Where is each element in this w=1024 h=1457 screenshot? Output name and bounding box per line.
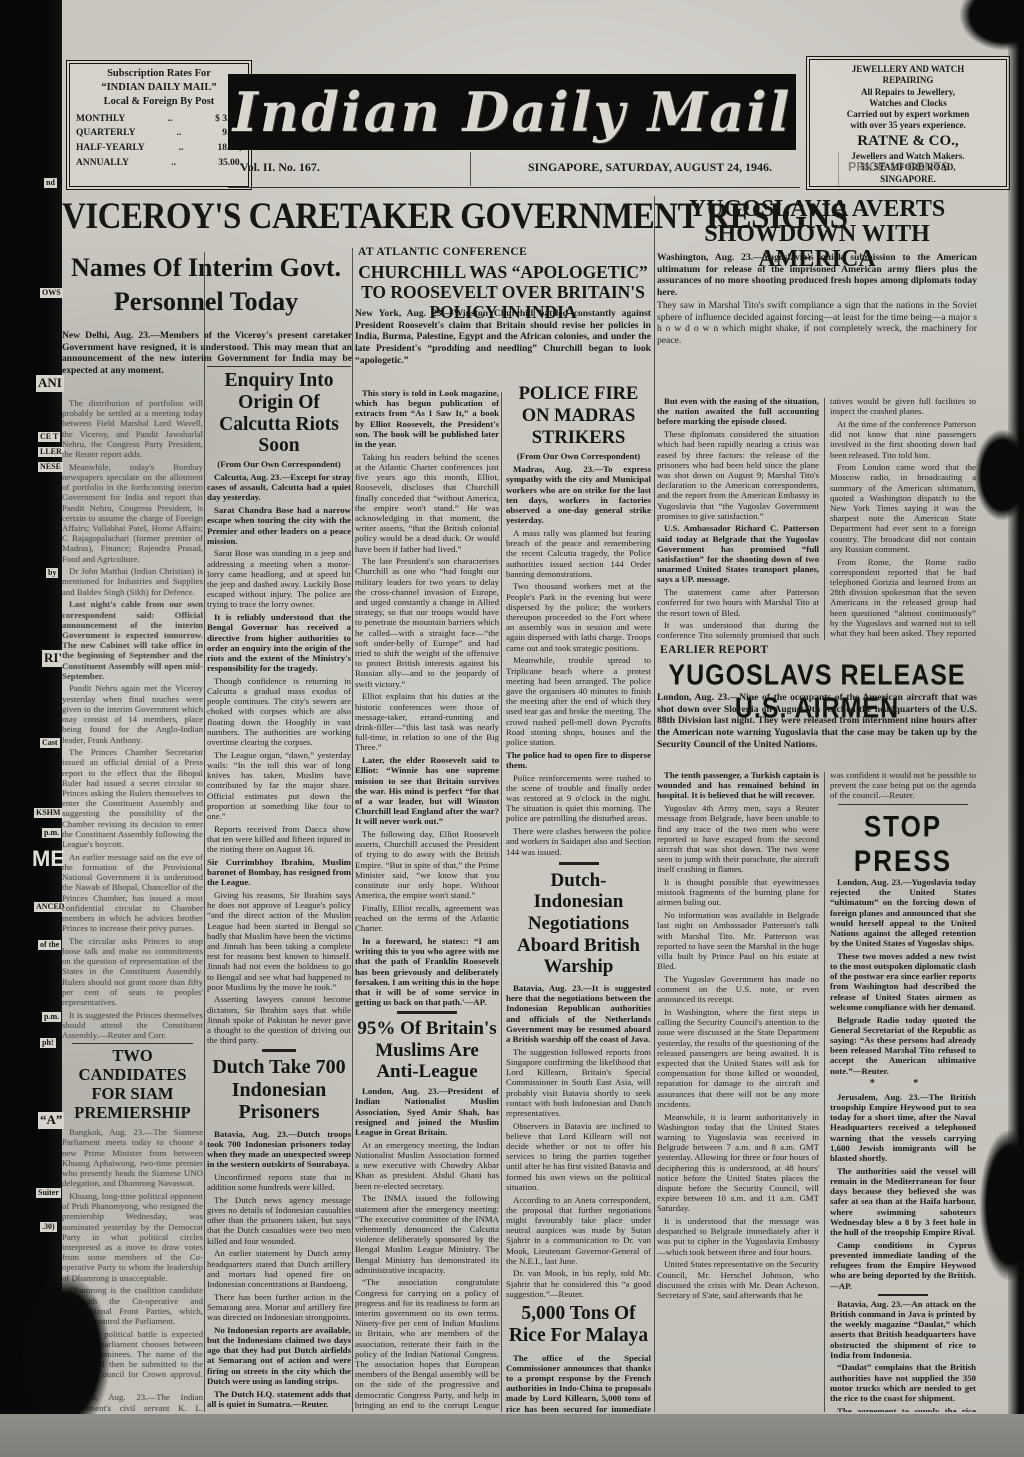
para: Giving his reasons, Sir Ibrahim says he … [207, 890, 351, 992]
para: The Dutch H.Q. statement adds that all i… [207, 1389, 351, 1409]
interim-headline-line2: Personnel Today [62, 288, 350, 315]
nameplate-title: Indian Daily Mail [233, 80, 792, 144]
rate-dots: .. [176, 126, 181, 141]
para: No information was available in Belgrade… [657, 910, 819, 971]
article-dash [559, 862, 599, 865]
edge-fragment: CE T [38, 432, 60, 442]
para: Belgrade Radio today quoted the General … [830, 1015, 976, 1076]
para: Dr. van Mook, in his reply, told Mr. Sja… [506, 1268, 651, 1299]
para: According to an Aneta correspondent, the… [506, 1195, 651, 1266]
star-separator: * * [830, 1078, 976, 1090]
para: The INMA issued the following statement … [355, 1193, 499, 1275]
ad-line: REPAIRING [816, 75, 1000, 86]
para: In Washington, where the first steps in … [657, 1007, 819, 1109]
ad-line: with over 35 years experience. [816, 120, 1000, 131]
para: Khuang, long-time political opponent of … [62, 1191, 203, 1283]
edge-fragment: p.m. [42, 828, 61, 838]
para: Asserting lawyers cannot become dictator… [207, 994, 351, 1045]
edge-fragment: of the [38, 940, 61, 950]
yugoslavia-right-column: tatives would be given full facilities t… [830, 396, 976, 640]
column-rule [824, 772, 825, 1412]
para: The Yugoslav Government has made no comm… [657, 974, 819, 1005]
main-headline: VICEROY'S CARETAKER GOVERNMENT RESIGNS [62, 198, 652, 237]
para: Reports received from Dacca show that te… [207, 824, 351, 855]
edge-fragment: KSHM [34, 808, 62, 818]
ad-line: JEWELLERY AND WATCH [816, 64, 1000, 75]
enquiry-and-dutch700-column: Enquiry Into Origin Of Calcutta Riots So… [207, 370, 351, 1412]
churchill-kicker: AT ATLANTIC CONFERENCE [358, 246, 648, 258]
article-rule [72, 1043, 193, 1044]
para: London, Aug. 23.—President of Indian Nat… [355, 1086, 499, 1137]
edge-fragment: by [46, 568, 58, 578]
column-rule [824, 398, 825, 640]
para: The Dutch news agency message gives no d… [207, 1195, 351, 1246]
para: The police had to open fire to disperse … [506, 750, 651, 770]
para: Later, the elder Roosevelt said to Ellio… [355, 755, 499, 826]
rate-label: MONTHLY [76, 112, 125, 127]
madras-byline: (From Our Own Correspondent) [506, 451, 651, 461]
madras-headline: POLICE FIRE ON MADRAS STRIKERS [506, 384, 651, 449]
para: An earlier message said on the eve of th… [62, 852, 203, 934]
ad-line: Jewellers and Watch Makers. [816, 151, 1000, 162]
enquiry-byline: (From Our Own Correspondent) [207, 459, 351, 469]
para: These diplomats considered the situation… [657, 429, 819, 521]
edge-fragment: OWS [40, 288, 63, 298]
para: Unconfirmed reports state that in additi… [207, 1172, 351, 1192]
airmen-kicker: EARLIER REPORT [660, 644, 768, 656]
para: Bangkok, Aug. 23.—The Siamese Parliament… [62, 1127, 203, 1188]
ad-line: Watches and Clocks [816, 98, 1000, 109]
subscription-paper-name: “INDIAN DAILY MAIL” [76, 81, 242, 95]
para: There has been further action in the Sem… [207, 1292, 351, 1323]
churchill-and-muslims-column: This story is told in Look magazine, whi… [355, 388, 499, 1412]
para: A mass rally was planned but fearing bre… [506, 528, 651, 579]
warship-headline: Dutch-Indonesian Negotiations Aboard Bri… [506, 870, 651, 978]
article-rule [838, 804, 968, 805]
edge-fragment: “A” [38, 1112, 64, 1129]
para: Sarat Chandra Bose had a narrow escape w… [207, 505, 351, 546]
edge-fragment: p.m. [42, 1012, 61, 1022]
para: Madras, Aug. 23.—To express sympathy wit… [506, 464, 651, 525]
article-dash [262, 1049, 296, 1052]
para: U.S. Ambassador Richard C. Patterson sai… [657, 523, 819, 584]
para: Two thousand workers met at the People's… [506, 581, 651, 652]
right-page-edge [1008, 0, 1024, 1457]
rate-row: HALF-YEARLY .. 18.00; [76, 141, 242, 156]
airmen-lead: London, Aug. 23.—Nine of the occupants o… [657, 692, 977, 751]
muslims-headline: 95% Of Britain's Muslims Are Anti-League [355, 1018, 499, 1082]
para: From Rome, the Rome radio correspondent … [830, 557, 976, 640]
masthead-divider [470, 152, 471, 186]
nameplate: Indian Daily Mail [228, 74, 796, 150]
para: The following day, Elliot Roosevelt asse… [355, 829, 499, 900]
edge-fragment: Suiter [36, 1188, 61, 1198]
subscription-rates-inner: Subscription Rates For “INDIAN DAILY MAI… [69, 63, 249, 187]
column-rule [501, 392, 502, 1412]
newspaper-page: nd OWS ANI CE T LLER NESE by RI' Cast KS… [0, 0, 1024, 1457]
edge-fragment: NESE [38, 462, 63, 472]
rate-row: MONTHLY .. $ 3.00; [76, 112, 242, 127]
para: Meanwhile, trouble spread to Triplicane … [506, 655, 651, 747]
para: The Princes Chamber Secretariat issued a… [62, 747, 203, 849]
article-dash [878, 1294, 928, 1296]
rate-value: 35.00. [218, 156, 242, 171]
yugoslavia-lead1: Washington, Aug. 23.—Yugoslavia's quick … [657, 252, 977, 299]
para: Police reinforcements were rushed to the… [506, 773, 651, 824]
para: Yugoslav 4th Army men, says a Reuter mes… [657, 803, 819, 874]
enquiry-headline: Enquiry Into Origin Of Calcutta Riots So… [207, 370, 351, 457]
rate-dots: .. [171, 156, 176, 171]
ad-line: 55, STAMFORD ROAD, [816, 162, 1000, 173]
ad-company-name: RATNE & CO., [816, 132, 1000, 152]
ink-blob [20, 1275, 110, 1435]
para: From London came word that the Moscow ra… [830, 462, 976, 554]
para: The suggestion followed reports from Sin… [506, 1047, 651, 1118]
para: At an emergency meeting, the Indian Nati… [355, 1140, 499, 1191]
stop-press-headline: STOP PRESS [830, 809, 976, 878]
para: It is thought possible that eyewitnesses… [657, 877, 819, 908]
para: Finally, Elliot recalls, agreement was r… [355, 903, 499, 934]
stop-press-column: was confident it would not be possible t… [830, 770, 976, 1412]
rate-label: HALF-YEARLY [76, 141, 145, 156]
interim-headline-line1: Names Of Interim Govt. [62, 254, 350, 281]
column-rule [204, 252, 205, 1412]
ad-line: All Repairs to Jewellery, [816, 87, 1000, 98]
para: It is understood that the message was de… [657, 1216, 819, 1257]
subscription-subtitle: Local & Foreign By Post [76, 95, 242, 109]
madras-warship-rice-column: POLICE FIRE ON MADRAS STRIKERS (From Our… [506, 384, 651, 1412]
edge-fragment: RI' [42, 650, 64, 667]
para: It is suggested the Princes themselves s… [62, 1010, 203, 1041]
para: The authorities said the vessel will rem… [830, 1166, 976, 1237]
left-page-edge: nd OWS ANI CE T LLER NESE by RI' Cast KS… [0, 0, 62, 1457]
para: At the time of the conference Patterson … [830, 419, 976, 460]
para: London, Aug. 23.—Yugoslavia today reject… [830, 877, 976, 948]
siam-headline: TWO CANDIDATES FOR SIAM PREMIERSHIP [62, 1047, 203, 1123]
para: Meanwhile, today's Bombay newspapers spe… [62, 462, 203, 564]
airmen-left-column: The tenth passenger, a Turkish captain i… [657, 770, 819, 1412]
para: tatives would be given full facilities t… [830, 396, 976, 416]
column-rule [352, 248, 353, 1412]
edge-fragment: ANI [36, 375, 64, 392]
para: No Indonesian reports are available, but… [207, 1325, 351, 1386]
edge-fragment: nd [44, 178, 57, 188]
ad-line: Carried out by expert workmen [816, 109, 1000, 120]
para: Observers in Batavia are inclined to bel… [506, 1121, 651, 1192]
para: Sarat Bose was standing in a jeep and ad… [207, 548, 351, 609]
para: The distribution of portfolios will prob… [62, 398, 203, 459]
article-dash [397, 1011, 457, 1014]
subscription-title: Subscription Rates For [76, 67, 242, 81]
para: But even with the easing of the situatio… [657, 396, 819, 427]
dutch700-headline: Dutch Take 700 Indonesian Prisoners [207, 1056, 351, 1123]
edge-fragment: ph! [40, 1038, 56, 1048]
para: It is reliably understood that the Benga… [207, 612, 351, 673]
churchill-lead: New York, Aug. 23.—Winston Churchill bat… [355, 308, 651, 367]
subscription-rates-box: Subscription Rates For “INDIAN DAILY MAI… [66, 60, 252, 190]
para: The agreement to supply the rice was con… [830, 1406, 976, 1412]
para: “The association congratulate Congress f… [355, 1277, 499, 1412]
edge-fragment: LLER [38, 447, 64, 457]
para: “Daulat” complains that the British auth… [830, 1362, 976, 1403]
para: The League organ, “dawn,” yesterday wail… [207, 750, 351, 821]
para: Camp conditions in Cyprus prevented imme… [830, 1240, 976, 1291]
para: United States representative on the Secu… [657, 1259, 819, 1300]
para: These two moves added a new twist to the… [830, 951, 976, 1012]
yugoslavia-left-column: But even with the easing of the situatio… [657, 396, 819, 640]
para: The tenth passenger, a Turkish captain i… [657, 770, 819, 801]
rate-label: ANNUALLY [76, 156, 129, 171]
para: The late President's son characterises C… [355, 556, 499, 689]
section-rule [207, 366, 351, 367]
para: Meanwhile, it is learnt authoritatively … [657, 1112, 819, 1214]
jewellery-ad-inner: JEWELLERY AND WATCH REPAIRING All Repair… [809, 59, 1007, 187]
para: Sir Currimbhoy Ibrahim, Muslim baronet o… [207, 857, 351, 888]
para: Taking his readers behind the scenes at … [355, 452, 499, 554]
para: Dr John Matthai (Indian Christian) is me… [62, 566, 203, 597]
para: An earlier statement by Dutch army headq… [207, 1248, 351, 1289]
rate-row: ANNUALLY .. 35.00. [76, 156, 242, 171]
para: Jerusalem, Aug. 23.—The British troopshi… [830, 1092, 976, 1163]
volume-number: Vol. II. No. 167. [240, 160, 440, 175]
para: Pandit Nehru again met the Viceroy yeste… [62, 683, 203, 744]
para: In a foreward, he states:: “I am writing… [355, 936, 499, 1007]
para: The statement came after Patterson confe… [657, 587, 819, 618]
jewellery-ad-box: JEWELLERY AND WATCH REPAIRING All Repair… [806, 56, 1010, 190]
dateline: SINGAPORE, SATURDAY, AUGUST 24, 1946. [480, 160, 820, 175]
para: Batavia, Aug. 23.—Dutch troops took 700 … [207, 1129, 351, 1170]
para: Last night's cable from our own correspo… [62, 599, 203, 681]
para: This story is told in Look magazine, whi… [355, 388, 499, 449]
para: was confident it would not be possible t… [830, 770, 976, 801]
para: Batavia, Aug. 23.—An attack on the Briti… [830, 1299, 976, 1360]
para: The circular asks Princes to stop loose … [62, 936, 203, 1007]
para: Calcutta, Aug. 23.—Except for stray case… [207, 472, 351, 503]
para: There were clashes between the police an… [506, 826, 651, 857]
para: It was understood that during the confer… [657, 620, 819, 640]
bottom-scan-band [0, 1414, 1024, 1457]
rate-row: QUARTERLY .. 9.00; [76, 126, 242, 141]
para: The office of the Special Commissioner a… [506, 1353, 651, 1412]
para: Batavia, Aug. 23.—It is suggested here t… [506, 983, 651, 1044]
column-rule [654, 196, 655, 1412]
edge-fragment: .30) [40, 1222, 57, 1232]
masthead-rule [228, 187, 800, 188]
ad-line: SINGAPORE. [816, 174, 1000, 185]
rate-dots: .. [168, 112, 173, 127]
para: Though confidence is returning in Calcut… [207, 676, 351, 747]
rate-label: QUARTERLY [76, 126, 136, 141]
rate-dots: .. [179, 141, 184, 156]
rice-headline: 5,000 Tons Of Rice For Malaya [506, 1303, 651, 1347]
yugoslavia-lead2: They saw in Marshal Tito's swift complia… [657, 300, 977, 347]
edge-fragment: Cast [40, 738, 60, 748]
para: Elliot explains that his duties at the h… [355, 691, 499, 752]
interim-and-siam-column: The distribution of portfolios will prob… [62, 398, 203, 1412]
